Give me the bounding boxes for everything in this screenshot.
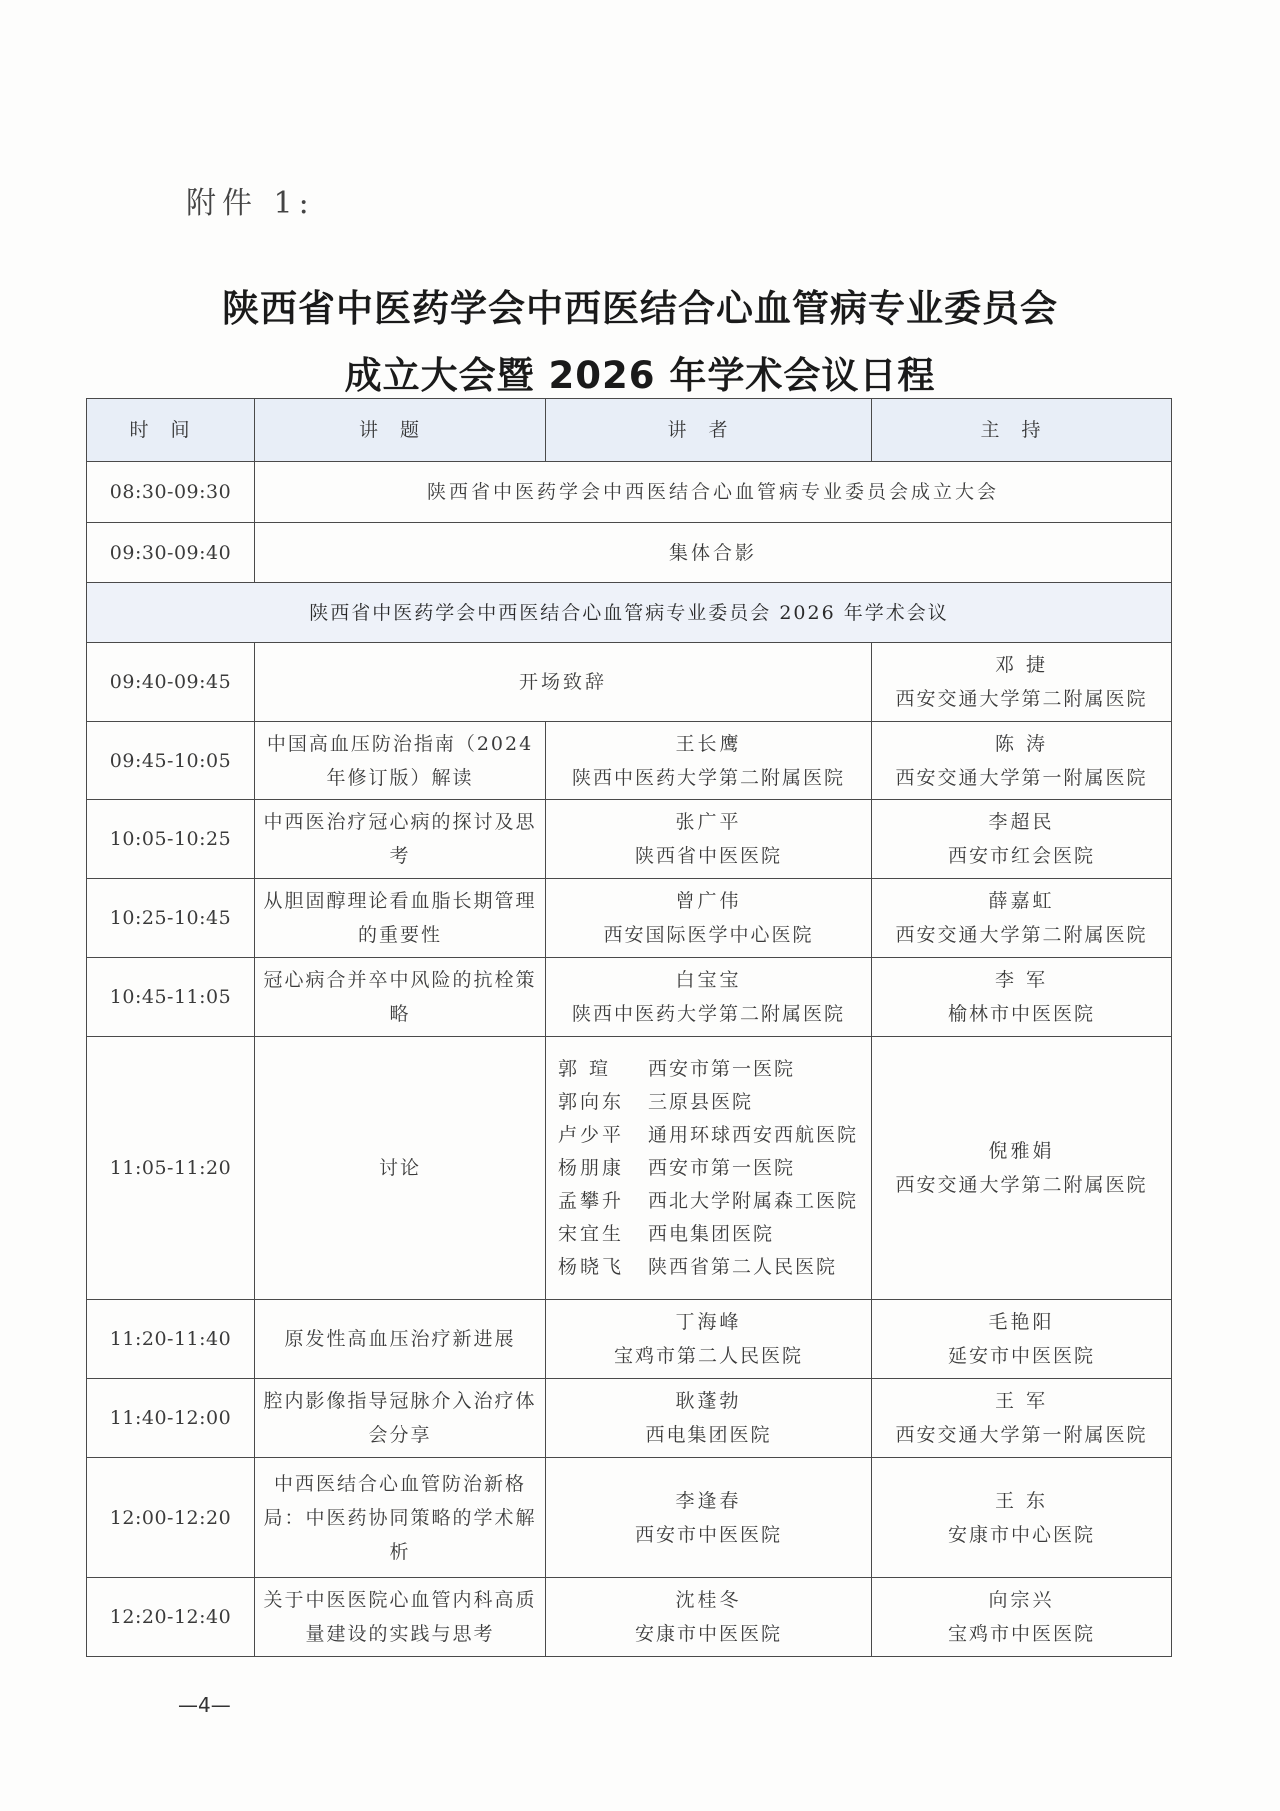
speaker-cell: 耿蓬勃 西电集团医院 — [546, 1379, 872, 1458]
time-cell: 12:20-12:40 — [87, 1578, 255, 1657]
speaker-institution: 陕西省中医医院 — [554, 839, 863, 873]
discussant-institution: 西北大学附属森工医院 — [648, 1185, 858, 1218]
discussant-name: 郭向东 — [558, 1086, 648, 1119]
host-institution: 榆林市中医医院 — [880, 997, 1163, 1031]
host-name: 倪雅娟 — [880, 1134, 1163, 1168]
topic-cell: 冠心病合并卒中风险的抗栓策略 — [255, 958, 546, 1037]
speaker-name: 曾广伟 — [554, 884, 863, 918]
time-cell: 10:45-11:05 — [87, 958, 255, 1037]
topic-cell: 中国高血压防治指南（2024年修订版）解读 — [255, 722, 546, 800]
discussant-item: 卢少平通用环球西安西航医院 — [558, 1119, 863, 1152]
host-cell: 王 东 安康市中心医院 — [872, 1458, 1172, 1578]
speaker-institution: 西安市中医医院 — [554, 1518, 863, 1552]
topic-cell: 讨论 — [255, 1037, 546, 1300]
discussant-item: 宋宜生西电集团医院 — [558, 1218, 863, 1251]
time-cell: 08:30-09:30 — [87, 462, 255, 523]
header-host: 主持 — [872, 399, 1172, 462]
speaker-cell: 李逢春 西安市中医医院 — [546, 1458, 872, 1578]
time-cell: 10:05-10:25 — [87, 800, 255, 879]
speaker-institution: 陕西中医药大学第二附属医院 — [554, 997, 863, 1031]
speaker-cell: 丁海峰 宝鸡市第二人民医院 — [546, 1300, 872, 1379]
document-title-line2: 成立大会暨 2026 年学术会议日程 — [0, 345, 1280, 399]
host-cell: 陈 涛 西安交通大学第一附属医院 — [872, 722, 1172, 800]
host-name: 陈 涛 — [880, 727, 1163, 761]
header-topic: 讲题 — [255, 399, 546, 462]
discussant-institution: 西安市第一医院 — [648, 1152, 795, 1185]
speaker-name: 王长鹰 — [554, 727, 863, 761]
host-cell: 向宗兴 宝鸡市中医医院 — [872, 1578, 1172, 1657]
time-cell: 09:45-10:05 — [87, 722, 255, 800]
host-institution: 西安交通大学第一附属医院 — [880, 761, 1163, 795]
discussant-list: 郭 瑄西安市第一医院 郭向东三原县医院 卢少平通用环球西安西航医院 杨朋康西安市… — [554, 1053, 863, 1284]
host-institution: 西安交通大学第一附属医院 — [880, 1418, 1163, 1452]
speaker-name: 丁海峰 — [554, 1305, 863, 1339]
discussant-name: 杨朋康 — [558, 1152, 648, 1185]
host-name: 向宗兴 — [880, 1583, 1163, 1617]
host-cell: 毛艳阳 延安市中医医院 — [872, 1300, 1172, 1379]
host-cell: 李超民 西安市红会医院 — [872, 800, 1172, 879]
topic-cell: 中西医治疗冠心病的探讨及思考 — [255, 800, 546, 879]
host-institution: 西安交通大学第二附属医院 — [880, 682, 1163, 716]
document-title-line1: 陕西省中医药学会中西医结合心血管病专业委员会 — [0, 278, 1280, 332]
event-cell: 开场致辞 — [255, 643, 872, 722]
discussant-institution: 通用环球西安西航医院 — [648, 1119, 858, 1152]
table-row: 09:45-10:05 中国高血压防治指南（2024年修订版）解读 王长鹰 陕西… — [87, 722, 1172, 800]
speaker-cell: 沈桂冬 安康市中医医院 — [546, 1578, 872, 1657]
time-cell: 09:30-09:40 — [87, 523, 255, 583]
host-name: 王 东 — [880, 1484, 1163, 1518]
host-cell: 邓 捷 西安交通大学第二附属医院 — [872, 643, 1172, 722]
table-row: 11:40-12:00 腔内影像指导冠脉介入治疗体会分享 耿蓬勃 西电集团医院 … — [87, 1379, 1172, 1458]
host-institution: 安康市中心医院 — [880, 1518, 1163, 1552]
table-row-discussion: 11:05-11:20 讨论 郭 瑄西安市第一医院 郭向东三原县医院 卢少平通用… — [87, 1037, 1172, 1300]
discussants-cell: 郭 瑄西安市第一医院 郭向东三原县医院 卢少平通用环球西安西航医院 杨朋康西安市… — [546, 1037, 872, 1300]
schedule-table: 时间 讲题 讲者 主持 08:30-09:30 陕西省中医药学会中西医结合心血管… — [86, 398, 1172, 1657]
table-row: 09:30-09:40 集体合影 — [87, 523, 1172, 583]
host-name: 李超民 — [880, 805, 1163, 839]
header-speaker: 讲者 — [546, 399, 872, 462]
host-name: 毛艳阳 — [880, 1305, 1163, 1339]
discussant-name: 孟攀升 — [558, 1185, 648, 1218]
speaker-institution: 安康市中医医院 — [554, 1617, 863, 1651]
table-row: 10:45-11:05 冠心病合并卒中风险的抗栓策略 白宝宝 陕西中医药大学第二… — [87, 958, 1172, 1037]
discussant-item: 杨朋康西安市第一医院 — [558, 1152, 863, 1185]
topic-cell: 从胆固醇理论看血脂长期管理的重要性 — [255, 879, 546, 958]
time-cell: 10:25-10:45 — [87, 879, 255, 958]
topic-cell: 中西医结合心血管防治新格局：中医药协同策略的学术解析 — [255, 1458, 546, 1578]
table-row: 12:20-12:40 关于中医医院心血管内科高质量建设的实践与思考 沈桂冬 安… — [87, 1578, 1172, 1657]
speaker-institution: 西安国际医学中心医院 — [554, 918, 863, 952]
host-name: 李 军 — [880, 963, 1163, 997]
discussant-name: 杨晓飞 — [558, 1251, 648, 1284]
discussant-name: 卢少平 — [558, 1119, 648, 1152]
discussant-item: 杨晓飞陕西省第二人民医院 — [558, 1251, 863, 1284]
host-name: 王 军 — [880, 1384, 1163, 1418]
table-row: 11:20-11:40 原发性高血压治疗新进展 丁海峰 宝鸡市第二人民医院 毛艳… — [87, 1300, 1172, 1379]
speaker-cell: 曾广伟 西安国际医学中心医院 — [546, 879, 872, 958]
section-header-row: 陕西省中医药学会中西医结合心血管病专业委员会 2026 年学术会议 — [87, 583, 1172, 643]
time-cell: 11:20-11:40 — [87, 1300, 255, 1379]
speaker-name: 白宝宝 — [554, 963, 863, 997]
topic-cell: 原发性高血压治疗新进展 — [255, 1300, 546, 1379]
time-cell: 11:40-12:00 — [87, 1379, 255, 1458]
host-institution: 宝鸡市中医医院 — [880, 1617, 1163, 1651]
speaker-name: 沈桂冬 — [554, 1583, 863, 1617]
table-row: 12:00-12:20 中西医结合心血管防治新格局：中医药协同策略的学术解析 李… — [87, 1458, 1172, 1578]
table-row: 10:25-10:45 从胆固醇理论看血脂长期管理的重要性 曾广伟 西安国际医学… — [87, 879, 1172, 958]
discussant-name: 郭 瑄 — [558, 1053, 648, 1086]
discussant-item: 郭 瑄西安市第一医院 — [558, 1053, 863, 1086]
page-number: —4— — [178, 1693, 231, 1717]
discussant-item: 孟攀升西北大学附属森工医院 — [558, 1185, 863, 1218]
event-cell: 陕西省中医药学会中西医结合心血管病专业委员会成立大会 — [255, 462, 1172, 523]
time-cell: 12:00-12:20 — [87, 1458, 255, 1578]
speaker-institution: 陕西中医药大学第二附属医院 — [554, 761, 863, 795]
host-institution: 西安市红会医院 — [880, 839, 1163, 873]
topic-cell: 腔内影像指导冠脉介入治疗体会分享 — [255, 1379, 546, 1458]
topic-cell: 关于中医医院心血管内科高质量建设的实践与思考 — [255, 1578, 546, 1657]
speaker-name: 李逢春 — [554, 1484, 863, 1518]
discussant-institution: 陕西省第二人民医院 — [648, 1251, 837, 1284]
speaker-cell: 王长鹰 陕西中医药大学第二附属医院 — [546, 722, 872, 800]
speaker-institution: 宝鸡市第二人民医院 — [554, 1339, 863, 1373]
host-institution: 西安交通大学第二附属医院 — [880, 1168, 1163, 1202]
section-title: 陕西省中医药学会中西医结合心血管病专业委员会 2026 年学术会议 — [87, 583, 1172, 643]
host-cell: 李 军 榆林市中医医院 — [872, 958, 1172, 1037]
discussant-institution: 西电集团医院 — [648, 1218, 774, 1251]
discussant-institution: 三原县医院 — [648, 1086, 753, 1119]
speaker-cell: 张广平 陕西省中医医院 — [546, 800, 872, 879]
discussant-name: 宋宜生 — [558, 1218, 648, 1251]
table-header-row: 时间 讲题 讲者 主持 — [87, 399, 1172, 462]
host-name: 薛嘉虹 — [880, 884, 1163, 918]
discussant-item: 郭向东三原县医院 — [558, 1086, 863, 1119]
host-cell: 王 军 西安交通大学第一附属医院 — [872, 1379, 1172, 1458]
host-cell: 薛嘉虹 西安交通大学第二附属医院 — [872, 879, 1172, 958]
host-name: 邓 捷 — [880, 648, 1163, 682]
table-row: 09:40-09:45 开场致辞 邓 捷 西安交通大学第二附属医院 — [87, 643, 1172, 722]
speaker-institution: 西电集团医院 — [554, 1418, 863, 1452]
time-cell: 09:40-09:45 — [87, 643, 255, 722]
event-cell: 集体合影 — [255, 523, 1172, 583]
host-institution: 延安市中医医院 — [880, 1339, 1163, 1373]
table-row: 08:30-09:30 陕西省中医药学会中西医结合心血管病专业委员会成立大会 — [87, 462, 1172, 523]
attachment-label: 附件 1: — [186, 178, 315, 222]
speaker-name: 耿蓬勃 — [554, 1384, 863, 1418]
host-institution: 西安交通大学第二附属医院 — [880, 918, 1163, 952]
speaker-name: 张广平 — [554, 805, 863, 839]
speaker-cell: 白宝宝 陕西中医药大学第二附属医院 — [546, 958, 872, 1037]
time-cell: 11:05-11:20 — [87, 1037, 255, 1300]
header-time: 时间 — [87, 399, 255, 462]
table-row: 10:05-10:25 中西医治疗冠心病的探讨及思考 张广平 陕西省中医医院 李… — [87, 800, 1172, 879]
host-cell: 倪雅娟 西安交通大学第二附属医院 — [872, 1037, 1172, 1300]
discussant-institution: 西安市第一医院 — [648, 1053, 795, 1086]
